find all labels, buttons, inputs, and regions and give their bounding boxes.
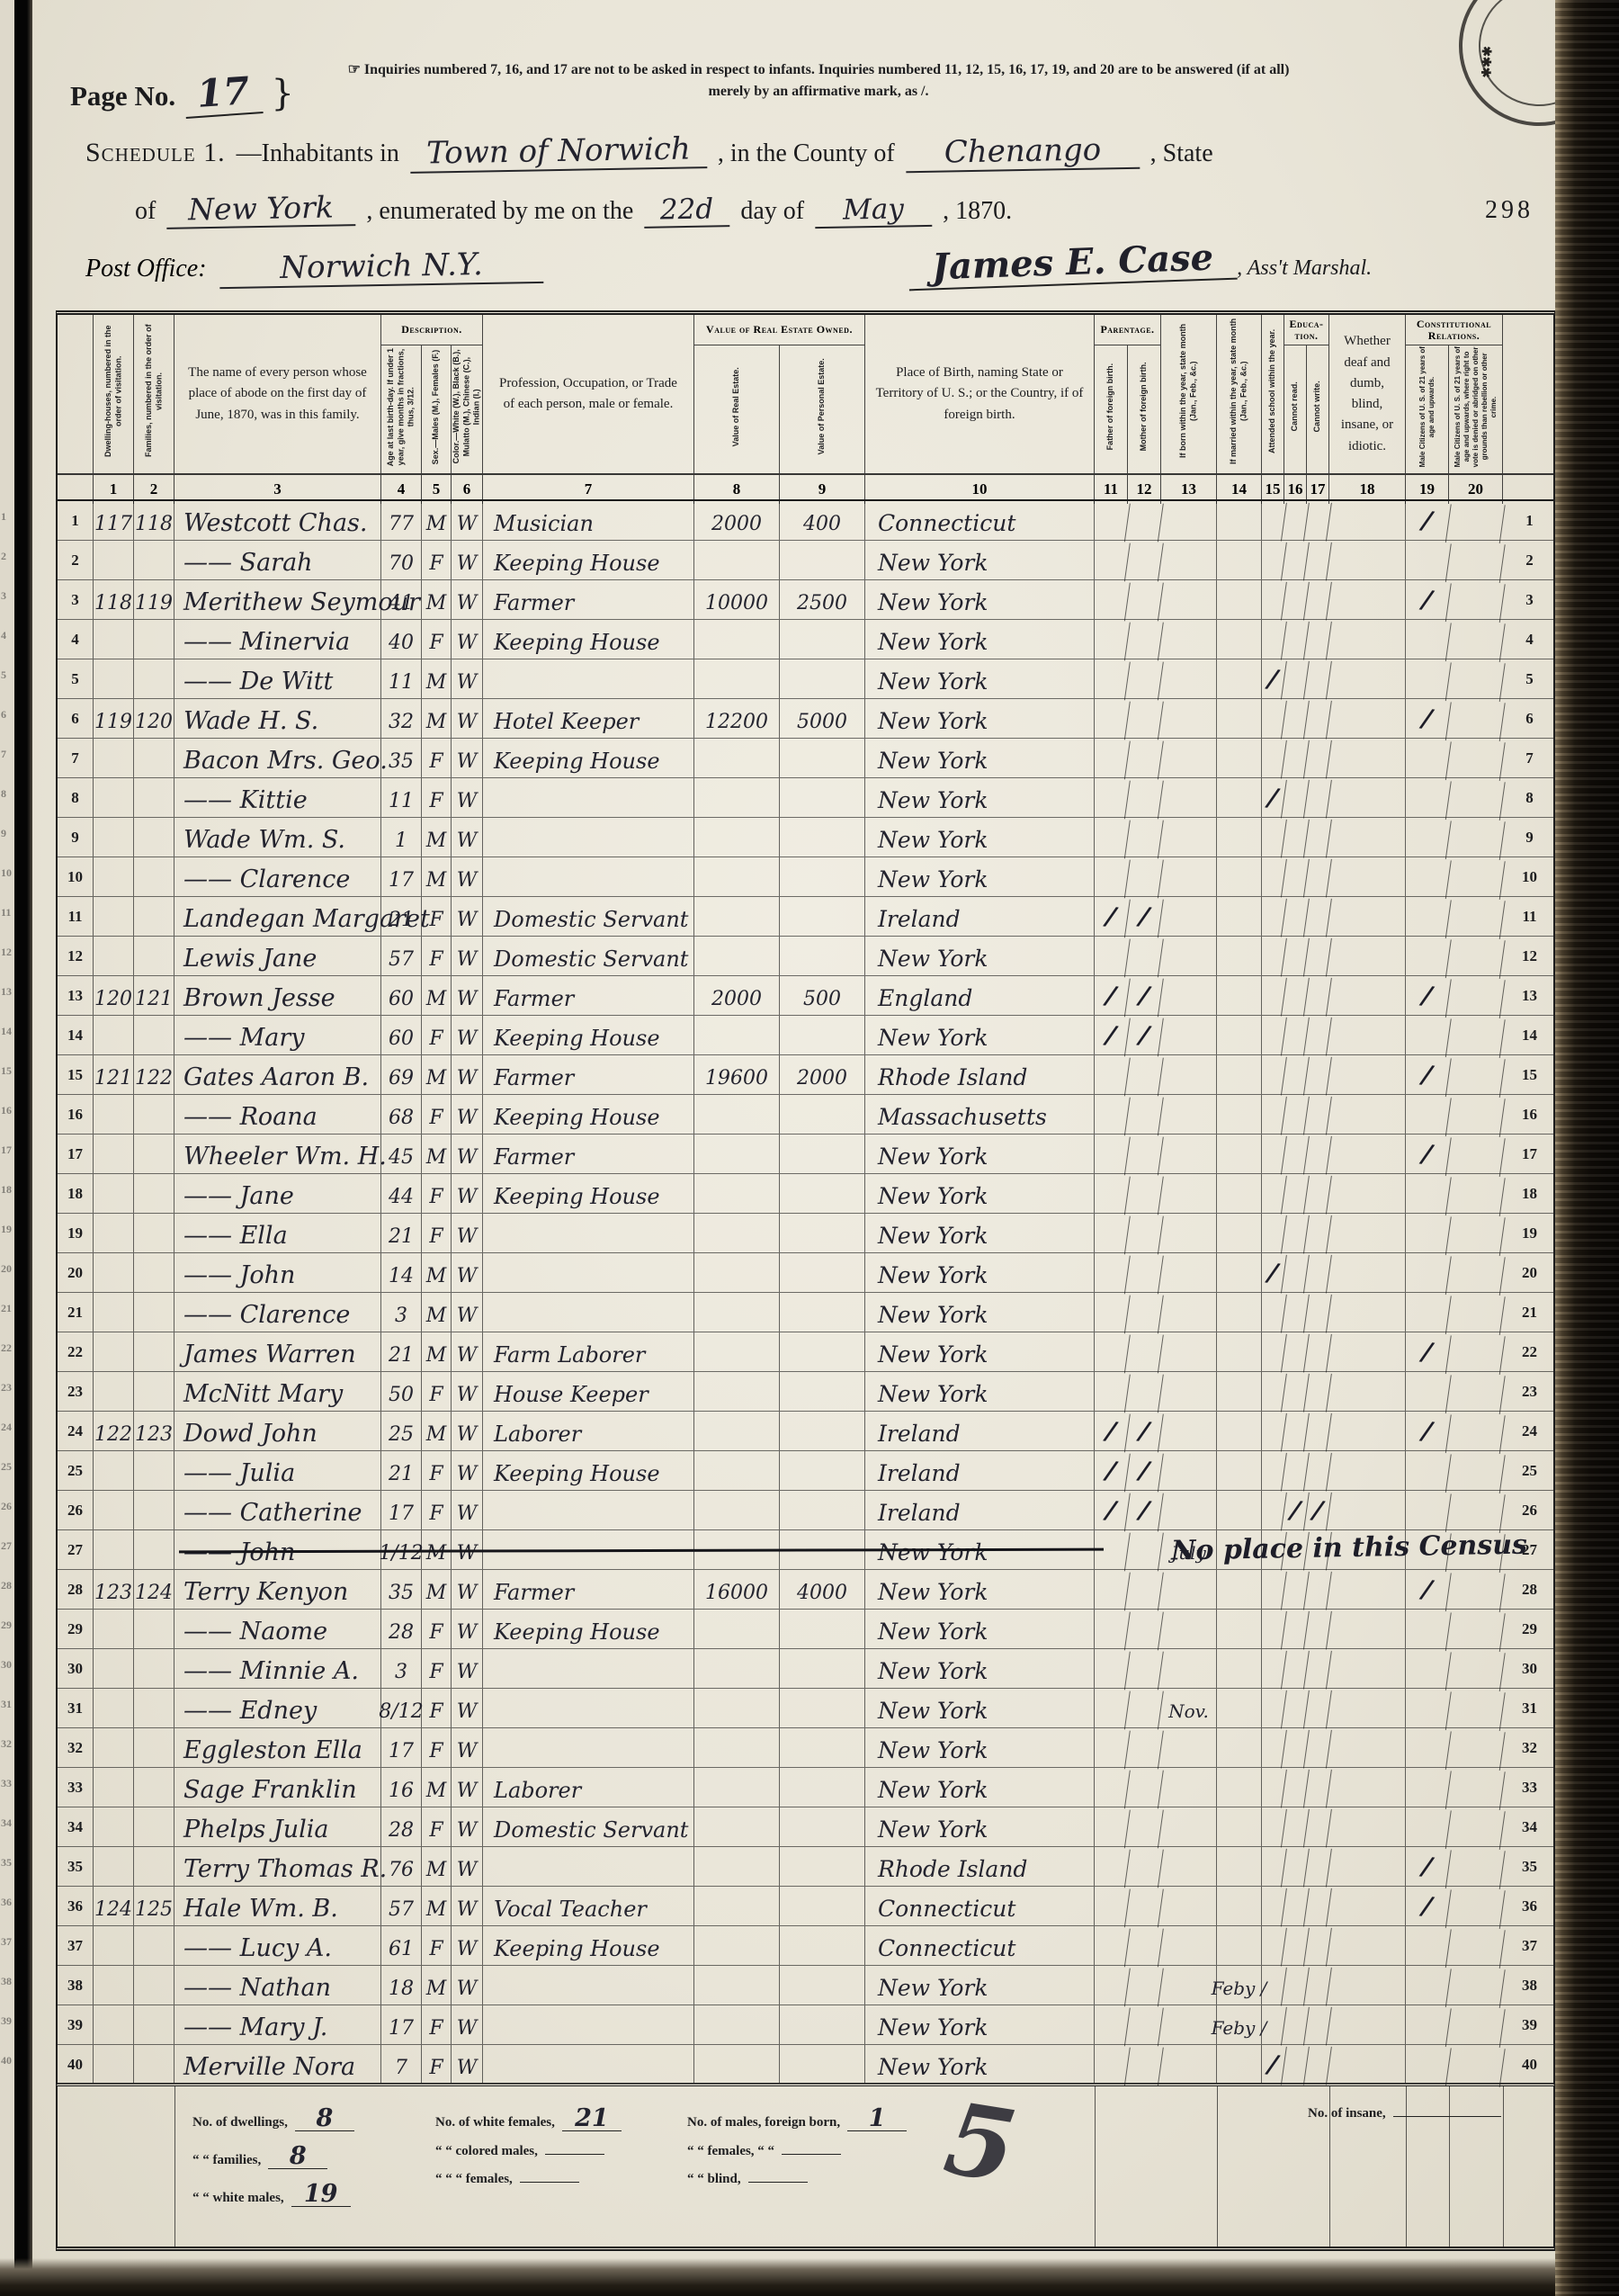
cell-t18 bbox=[1329, 541, 1406, 579]
column-label: Male Citizens of U. S. of 21 years of ag… bbox=[1454, 345, 1498, 468]
cell-age: 61 bbox=[381, 1926, 422, 1965]
column-label: Color.—White (W.), Black (B.), Mulatto (… bbox=[452, 345, 482, 468]
column-label: If born within the year, state month (Ja… bbox=[1178, 315, 1199, 467]
cell-age: 28 bbox=[381, 1807, 422, 1846]
cell-t12: / bbox=[1125, 895, 1164, 938]
cell-f bbox=[134, 541, 174, 579]
cell-sex: M bbox=[422, 1768, 452, 1807]
cell-m13 bbox=[1161, 1293, 1217, 1332]
table-row: 30—— Minnie A.3FWNew York30 bbox=[58, 1649, 1553, 1689]
cell-sex: F bbox=[422, 1451, 452, 1490]
cell-name: —— Mary bbox=[174, 1016, 381, 1054]
cell-age: 7 bbox=[381, 2045, 422, 2084]
cell-col: W bbox=[452, 541, 483, 579]
cell-f bbox=[134, 1451, 174, 1490]
cell-t18 bbox=[1329, 1768, 1406, 1807]
group-header-education: Educa- tion. bbox=[1284, 315, 1329, 345]
cell-t19 bbox=[1403, 1686, 1452, 1730]
cell-m13 bbox=[1161, 501, 1217, 540]
table-row: 21—— Clarence3MWNew York21 bbox=[58, 1293, 1553, 1332]
row-number: 7 bbox=[1503, 739, 1557, 777]
cell-occ: Musician bbox=[483, 501, 694, 540]
margin-row-number: 22 bbox=[1, 1341, 12, 1355]
cell-sex: F bbox=[422, 1728, 452, 1767]
cell-col: W bbox=[452, 580, 483, 619]
cell-m14 bbox=[1217, 1214, 1262, 1252]
column-header-3: The name of every person whose place of … bbox=[174, 315, 381, 473]
cell-t19 bbox=[1403, 1765, 1452, 1809]
cell-occ: Keeping House bbox=[483, 1451, 694, 1490]
cell-t19 bbox=[1403, 1963, 1452, 2007]
cell-col: W bbox=[452, 501, 483, 540]
cell-age: 44 bbox=[381, 1174, 422, 1213]
cell-pe bbox=[780, 1174, 865, 1213]
cell-col: W bbox=[452, 1807, 483, 1846]
cell-born: New York bbox=[865, 541, 1095, 579]
cell-name: James Warren bbox=[174, 1332, 381, 1371]
cell-re bbox=[694, 1610, 780, 1648]
cell-age: 50 bbox=[381, 1372, 422, 1411]
margin-row-number: 34 bbox=[1, 1816, 12, 1830]
cell-name: Merithew Seymour bbox=[174, 580, 381, 619]
cell-m13 bbox=[1161, 1253, 1217, 1292]
cell-pe bbox=[780, 1412, 865, 1450]
row-number: 13 bbox=[1503, 976, 1557, 1015]
cell-t18 bbox=[1329, 739, 1406, 777]
marshal-signature: James E. Case bbox=[908, 236, 1238, 291]
cell-m13 bbox=[1161, 857, 1217, 896]
cell-t18 bbox=[1329, 1214, 1406, 1252]
row-number: 28 bbox=[1503, 1570, 1557, 1609]
table-row: 18—— Jane44FWKeeping HouseNew York18 bbox=[58, 1174, 1553, 1214]
cell-occ: House Keeper bbox=[483, 1372, 694, 1411]
table-footer: No. of dwellings,8 “ “ families,8 “ “ wh… bbox=[56, 2083, 1555, 2251]
cell-re: 16000 bbox=[694, 1570, 780, 1609]
cell-t19: / bbox=[1403, 1330, 1452, 1374]
cell-t12 bbox=[1125, 1806, 1164, 1849]
row-number: 37 bbox=[58, 1926, 94, 1965]
cell-m13 bbox=[1161, 1214, 1217, 1252]
cell-pe bbox=[780, 937, 865, 975]
cell-pe bbox=[780, 739, 865, 777]
females-foreign-label: “ “ females, “ “ bbox=[687, 2144, 774, 2159]
cell-f bbox=[134, 1332, 174, 1371]
cell-m14 bbox=[1217, 699, 1262, 738]
cell-t20 bbox=[1446, 695, 1505, 741]
cell-t17 bbox=[1304, 1726, 1332, 1768]
cell-t20 bbox=[1446, 1487, 1505, 1533]
cell-t12 bbox=[1125, 1529, 1164, 1572]
cell-pe bbox=[780, 1214, 865, 1252]
cell-name: Wade H. S. bbox=[174, 699, 381, 738]
cell-t17 bbox=[1304, 1331, 1332, 1372]
cell-m14 bbox=[1217, 1332, 1262, 1371]
cell-t19 bbox=[1403, 2003, 1452, 2047]
cell-col: W bbox=[452, 2045, 483, 2084]
cell-t20 bbox=[1446, 854, 1505, 900]
cell-re bbox=[694, 1135, 780, 1173]
cell-t12 bbox=[1125, 1924, 1164, 1968]
cell-sex: F bbox=[422, 1689, 452, 1727]
cell-t18 bbox=[1329, 2005, 1406, 2044]
column-label: Father of foreign birth. bbox=[1105, 345, 1115, 468]
cell-born: New York bbox=[865, 857, 1095, 896]
cell-re bbox=[694, 739, 780, 777]
cell-age: 25 bbox=[381, 1412, 422, 1450]
cell-t20 bbox=[1446, 1368, 1505, 1414]
margin-row-number: 27 bbox=[1, 1539, 12, 1553]
cell-t19: / bbox=[1403, 696, 1452, 740]
cell-re bbox=[694, 1372, 780, 1411]
row-number: 38 bbox=[1503, 1966, 1557, 2005]
blind-value bbox=[748, 2182, 808, 2183]
cell-t19: / bbox=[1403, 1053, 1452, 1097]
cell-age: 1 bbox=[381, 818, 422, 857]
row-number: 3 bbox=[58, 580, 94, 619]
row-number: 17 bbox=[1503, 1135, 1557, 1173]
margin-row-number: 40 bbox=[1, 2054, 12, 2067]
cell-t19 bbox=[1403, 1726, 1452, 1770]
cell-m13 bbox=[1161, 1451, 1217, 1490]
cell-pe bbox=[780, 1451, 865, 1490]
column-header-8: Value of Real Estate. bbox=[694, 345, 780, 473]
cell-t17 bbox=[1304, 1647, 1332, 1689]
row-number: 10 bbox=[1503, 857, 1557, 896]
blind-label: “ “ blind, bbox=[687, 2172, 741, 2187]
cell-age: 45 bbox=[381, 1135, 422, 1173]
cell-age: 11 bbox=[381, 659, 422, 698]
cell-name: Hale Wm. B. bbox=[174, 1887, 381, 1925]
table-header: Description.Value of Real Estate Owned.P… bbox=[56, 310, 1555, 499]
cell-t12 bbox=[1125, 1331, 1164, 1374]
cell-sex: F bbox=[422, 1016, 452, 1054]
cell-name: Wheeler Wm. H. bbox=[174, 1135, 381, 1173]
cell-occ: Farmer bbox=[483, 1135, 694, 1173]
cell-t17 bbox=[1304, 737, 1332, 778]
margin-row-number: 1 bbox=[1, 510, 6, 524]
margin-row-number: 4 bbox=[1, 629, 6, 642]
cell-occ bbox=[483, 818, 694, 857]
cell-t12 bbox=[1125, 1568, 1164, 1611]
row-number: 32 bbox=[1503, 1728, 1557, 1767]
cell-name: Terry Kenyon bbox=[174, 1570, 381, 1609]
cell-d bbox=[94, 2045, 134, 2084]
cell-m14 bbox=[1217, 857, 1262, 896]
cell-col: W bbox=[452, 1293, 483, 1332]
cell-sex: F bbox=[422, 1214, 452, 1252]
cell-born: New York bbox=[865, 818, 1095, 857]
cell-t18 bbox=[1329, 580, 1406, 619]
cell-t19 bbox=[1403, 1805, 1452, 1849]
margin-row-number: 25 bbox=[1, 1460, 12, 1474]
cell-col: W bbox=[452, 857, 483, 896]
males-foreign-value: 1 bbox=[847, 2106, 907, 2131]
colored-males-label: “ “ colored males, bbox=[435, 2144, 538, 2159]
cell-pe bbox=[780, 1728, 865, 1767]
cell-t20 bbox=[1446, 2002, 1505, 2048]
cell-age: 28 bbox=[381, 1610, 422, 1648]
cell-col: W bbox=[452, 818, 483, 857]
cell-occ: Farmer bbox=[483, 580, 694, 619]
cell-re bbox=[694, 1095, 780, 1134]
row-number: 4 bbox=[1503, 620, 1557, 659]
cell-t17 bbox=[1304, 1766, 1332, 1807]
white-males-label: “ “ white males, bbox=[192, 2191, 284, 2206]
cell-name: —— Minnie A. bbox=[174, 1649, 381, 1688]
cell-m14 bbox=[1217, 1610, 1262, 1648]
cell-t12 bbox=[1125, 1766, 1164, 1809]
cell-name: Eggleston Ella bbox=[174, 1728, 381, 1767]
cell-t19 bbox=[1403, 1013, 1452, 1057]
cell-occ: Keeping House bbox=[483, 541, 694, 579]
cell-born: New York bbox=[865, 1728, 1095, 1767]
cell-t17 bbox=[1304, 1410, 1332, 1451]
margin-row-number: 24 bbox=[1, 1421, 12, 1434]
cell-m13 bbox=[1161, 620, 1217, 659]
cell-name: —— Sarah bbox=[174, 541, 381, 579]
cell-t20 bbox=[1446, 1764, 1505, 1810]
cell-age: 21 bbox=[381, 1214, 422, 1252]
cell-re bbox=[694, 1768, 780, 1807]
instructions-line1: Inquiries numbered 7, 16, and 17 are not… bbox=[364, 62, 1290, 77]
cell-born: Connecticut bbox=[865, 501, 1095, 540]
cell-occ: Keeping House bbox=[483, 620, 694, 659]
cell-col: W bbox=[452, 1689, 483, 1727]
cell-col: W bbox=[452, 937, 483, 975]
cell-d bbox=[94, 1847, 134, 1886]
cell-m14 bbox=[1217, 1016, 1262, 1054]
cell-col: W bbox=[452, 2005, 483, 2044]
cell-d bbox=[94, 1926, 134, 1965]
table-row: 5—— De Witt11MWNew York/5 bbox=[58, 659, 1553, 699]
cell-age: 18 bbox=[381, 1966, 422, 2005]
dwellings-value: 8 bbox=[295, 2106, 354, 2131]
cell-t17 bbox=[1304, 1845, 1332, 1887]
cell-f: 123 bbox=[134, 1412, 174, 1450]
cell-t20 bbox=[1446, 1923, 1505, 1969]
cell-pe: 500 bbox=[780, 976, 865, 1015]
column-label: Cannot read. bbox=[1290, 345, 1300, 468]
cell-f bbox=[134, 1253, 174, 1292]
cell-re bbox=[694, 1649, 780, 1688]
cell-pe bbox=[780, 1847, 865, 1886]
cell-age: 17 bbox=[381, 857, 422, 896]
cell-t12 bbox=[1125, 776, 1164, 820]
cell-t20 bbox=[1446, 814, 1505, 860]
cell-t18 bbox=[1329, 1966, 1406, 2005]
cell-age: 69 bbox=[381, 1055, 422, 1094]
cell-name: Gates Aaron B. bbox=[174, 1055, 381, 1094]
cell-born: Ireland bbox=[865, 1412, 1095, 1450]
cell-re bbox=[694, 1214, 780, 1252]
cell-sex: F bbox=[422, 1491, 452, 1529]
white-females-value: 21 bbox=[562, 2106, 622, 2131]
cell-d: 117 bbox=[94, 501, 134, 540]
cell-t17 bbox=[1304, 856, 1332, 897]
table-row: 10—— Clarence17MWNew York10 bbox=[58, 857, 1553, 897]
cell-f: 120 bbox=[134, 699, 174, 738]
cell-name: —— De Witt bbox=[174, 659, 381, 698]
cell-born: New York bbox=[865, 1174, 1095, 1213]
cell-f bbox=[134, 1768, 174, 1807]
month-field: May bbox=[815, 193, 933, 229]
column-label: If married within the year, state month … bbox=[1229, 315, 1249, 467]
cell-col: W bbox=[452, 1887, 483, 1925]
cell-name: McNitt Mary bbox=[174, 1372, 381, 1411]
table-row: 36124125Hale Wm. B.57MWVocal TeacherConn… bbox=[58, 1887, 1553, 1926]
cell-m13 bbox=[1161, 1847, 1217, 1886]
cell-sex: M bbox=[422, 1570, 452, 1609]
cell-pe bbox=[780, 778, 865, 817]
cell-f bbox=[134, 897, 174, 936]
cell-d: 120 bbox=[94, 976, 134, 1015]
cell-name: Sage Franklin bbox=[174, 1768, 381, 1807]
column-label: Dwelling-houses, numbered in the order o… bbox=[103, 315, 124, 467]
cell-sex: F bbox=[422, 1649, 452, 1688]
cell-t17 bbox=[1304, 1172, 1332, 1214]
cell-t20 bbox=[1446, 1646, 1505, 1691]
cell-born: New York bbox=[865, 739, 1095, 777]
cell-t19 bbox=[1403, 1488, 1452, 1532]
cell-sex: M bbox=[422, 976, 452, 1015]
cell-m13 bbox=[1161, 2005, 1217, 2044]
cell-t17 bbox=[1304, 1924, 1332, 1966]
cell-m13 bbox=[1161, 739, 1217, 777]
cell-m14 bbox=[1217, 541, 1262, 579]
cell-occ bbox=[483, 857, 694, 896]
cell-col: W bbox=[452, 976, 483, 1015]
row-number: 25 bbox=[58, 1451, 94, 1490]
cell-t20 bbox=[1446, 2041, 1505, 2087]
cell-occ bbox=[483, 2045, 694, 2084]
cell-occ: Farmer bbox=[483, 976, 694, 1015]
row-number: 14 bbox=[58, 1016, 94, 1054]
cell-sex: M bbox=[422, 857, 452, 896]
cell-d bbox=[94, 857, 134, 896]
cell-born: New York bbox=[865, 1570, 1095, 1609]
cell-d: 118 bbox=[94, 580, 134, 619]
cell-t17 bbox=[1304, 1212, 1332, 1253]
cell-re: 2000 bbox=[694, 501, 780, 540]
table-row: 32Eggleston Ella17FWNew York32 bbox=[58, 1728, 1553, 1768]
cell-age: 21 bbox=[381, 897, 422, 936]
margin-row-number: 16 bbox=[1, 1104, 12, 1117]
cell-t17 bbox=[1304, 1251, 1332, 1293]
page-no-label: Page No. bbox=[70, 80, 175, 112]
column-header-13: If born within the year, state month (Ja… bbox=[1161, 315, 1217, 473]
row-number: 11 bbox=[1503, 897, 1557, 936]
cell-d bbox=[94, 1728, 134, 1767]
cell-born: New York bbox=[865, 1610, 1095, 1648]
column-header-12: Mother of foreign birth. bbox=[1128, 345, 1161, 473]
cell-name: —— Lucy A. bbox=[174, 1926, 381, 1965]
cell-born: New York bbox=[865, 2005, 1095, 2044]
margin-row-number: 20 bbox=[1, 1262, 12, 1276]
cell-f: 122 bbox=[134, 1055, 174, 1094]
cell-t12 bbox=[1125, 816, 1164, 859]
cell-t19 bbox=[1403, 617, 1452, 661]
cell-name: —— Minervia bbox=[174, 620, 381, 659]
cell-re bbox=[694, 1807, 780, 1846]
cell-col: W bbox=[452, 1451, 483, 1490]
column-header-16: Cannot read. bbox=[1284, 345, 1307, 473]
table-row: 33Sage Franklin16MWLaborerNew York33 bbox=[58, 1768, 1553, 1807]
cell-re bbox=[694, 1253, 780, 1292]
margin-row-number: 39 bbox=[1, 2014, 12, 2028]
cell-t20 bbox=[1446, 1566, 1505, 1612]
cell-d bbox=[94, 1293, 134, 1332]
column-header-6: Color.—White (W.), Black (B.), Mulatto (… bbox=[452, 345, 483, 473]
row-number: 5 bbox=[58, 659, 94, 698]
sheet-number: 298 bbox=[1485, 196, 1534, 225]
cell-pe bbox=[780, 1095, 865, 1134]
cell-pe bbox=[780, 1332, 865, 1371]
column-label: Age at last birth-day. If under 1 year, … bbox=[386, 345, 416, 468]
column-header-10: Place of Birth, naming State or Territor… bbox=[865, 315, 1095, 473]
cell-occ: Domestic Servant bbox=[483, 1807, 694, 1846]
row-number: 32 bbox=[58, 1728, 94, 1767]
cell-m13 bbox=[1161, 1135, 1217, 1173]
cell-col: W bbox=[452, 1491, 483, 1529]
cell-col: W bbox=[452, 699, 483, 738]
margin-row-number: 33 bbox=[1, 1777, 12, 1790]
cell-t19: / bbox=[1403, 1567, 1452, 1611]
cell-m14 bbox=[1217, 1491, 1262, 1529]
schedule-label: Schedule 1. bbox=[85, 138, 226, 168]
row-number: 31 bbox=[1503, 1689, 1557, 1727]
cell-t17 bbox=[1304, 1291, 1332, 1332]
cell-m13 bbox=[1161, 1966, 1217, 2005]
cell-m14 bbox=[1217, 1649, 1262, 1688]
cell-re bbox=[694, 1332, 780, 1371]
cell-occ: Keeping House bbox=[483, 739, 694, 777]
row-number: 40 bbox=[1503, 2045, 1557, 2084]
margin-row-number: 31 bbox=[1, 1698, 12, 1711]
cell-name: —— Clarence bbox=[174, 1293, 381, 1332]
cell-age: 17 bbox=[381, 2005, 422, 2044]
cell-age: 77 bbox=[381, 501, 422, 540]
cell-sex: F bbox=[422, 1926, 452, 1965]
table-row: 37—— Lucy A.61FWKeeping HouseConnecticut… bbox=[58, 1926, 1553, 1966]
cell-t20 bbox=[1446, 893, 1505, 939]
instructions-line2: merely by an affirmative mark, as /. bbox=[709, 84, 929, 99]
cell-d bbox=[94, 1095, 134, 1134]
margin-row-number: 2 bbox=[1, 550, 6, 563]
cell-t18 bbox=[1329, 778, 1406, 817]
cell-t12 bbox=[1125, 1726, 1164, 1770]
cell-re bbox=[694, 2005, 780, 2044]
table-row: 15121122Gates Aaron B.69MWFarmer19600200… bbox=[58, 1055, 1553, 1095]
cell-t12 bbox=[1125, 658, 1164, 701]
cell-age: 3 bbox=[381, 1649, 422, 1688]
cell-f bbox=[134, 778, 174, 817]
cell-m13 bbox=[1161, 1055, 1217, 1094]
column-header-18: Whether deaf and dumb, blind, insane, or… bbox=[1329, 315, 1406, 473]
row-number: 39 bbox=[58, 2005, 94, 2044]
row-number: 34 bbox=[1503, 1807, 1557, 1846]
margin-row-number: 32 bbox=[1, 1737, 12, 1751]
cell-sex: M bbox=[422, 1055, 452, 1094]
cell-sex: F bbox=[422, 2005, 452, 2044]
cell-t18 bbox=[1329, 1649, 1406, 1688]
cell-d bbox=[94, 1214, 134, 1252]
column-label: Value of Real Estate. bbox=[731, 345, 741, 468]
row-number: 6 bbox=[1503, 699, 1557, 738]
cell-t19 bbox=[1403, 1924, 1452, 1968]
margin-row-number: 15 bbox=[1, 1064, 12, 1078]
cell-t20 bbox=[1446, 973, 1505, 1018]
row-number-header bbox=[58, 315, 94, 473]
